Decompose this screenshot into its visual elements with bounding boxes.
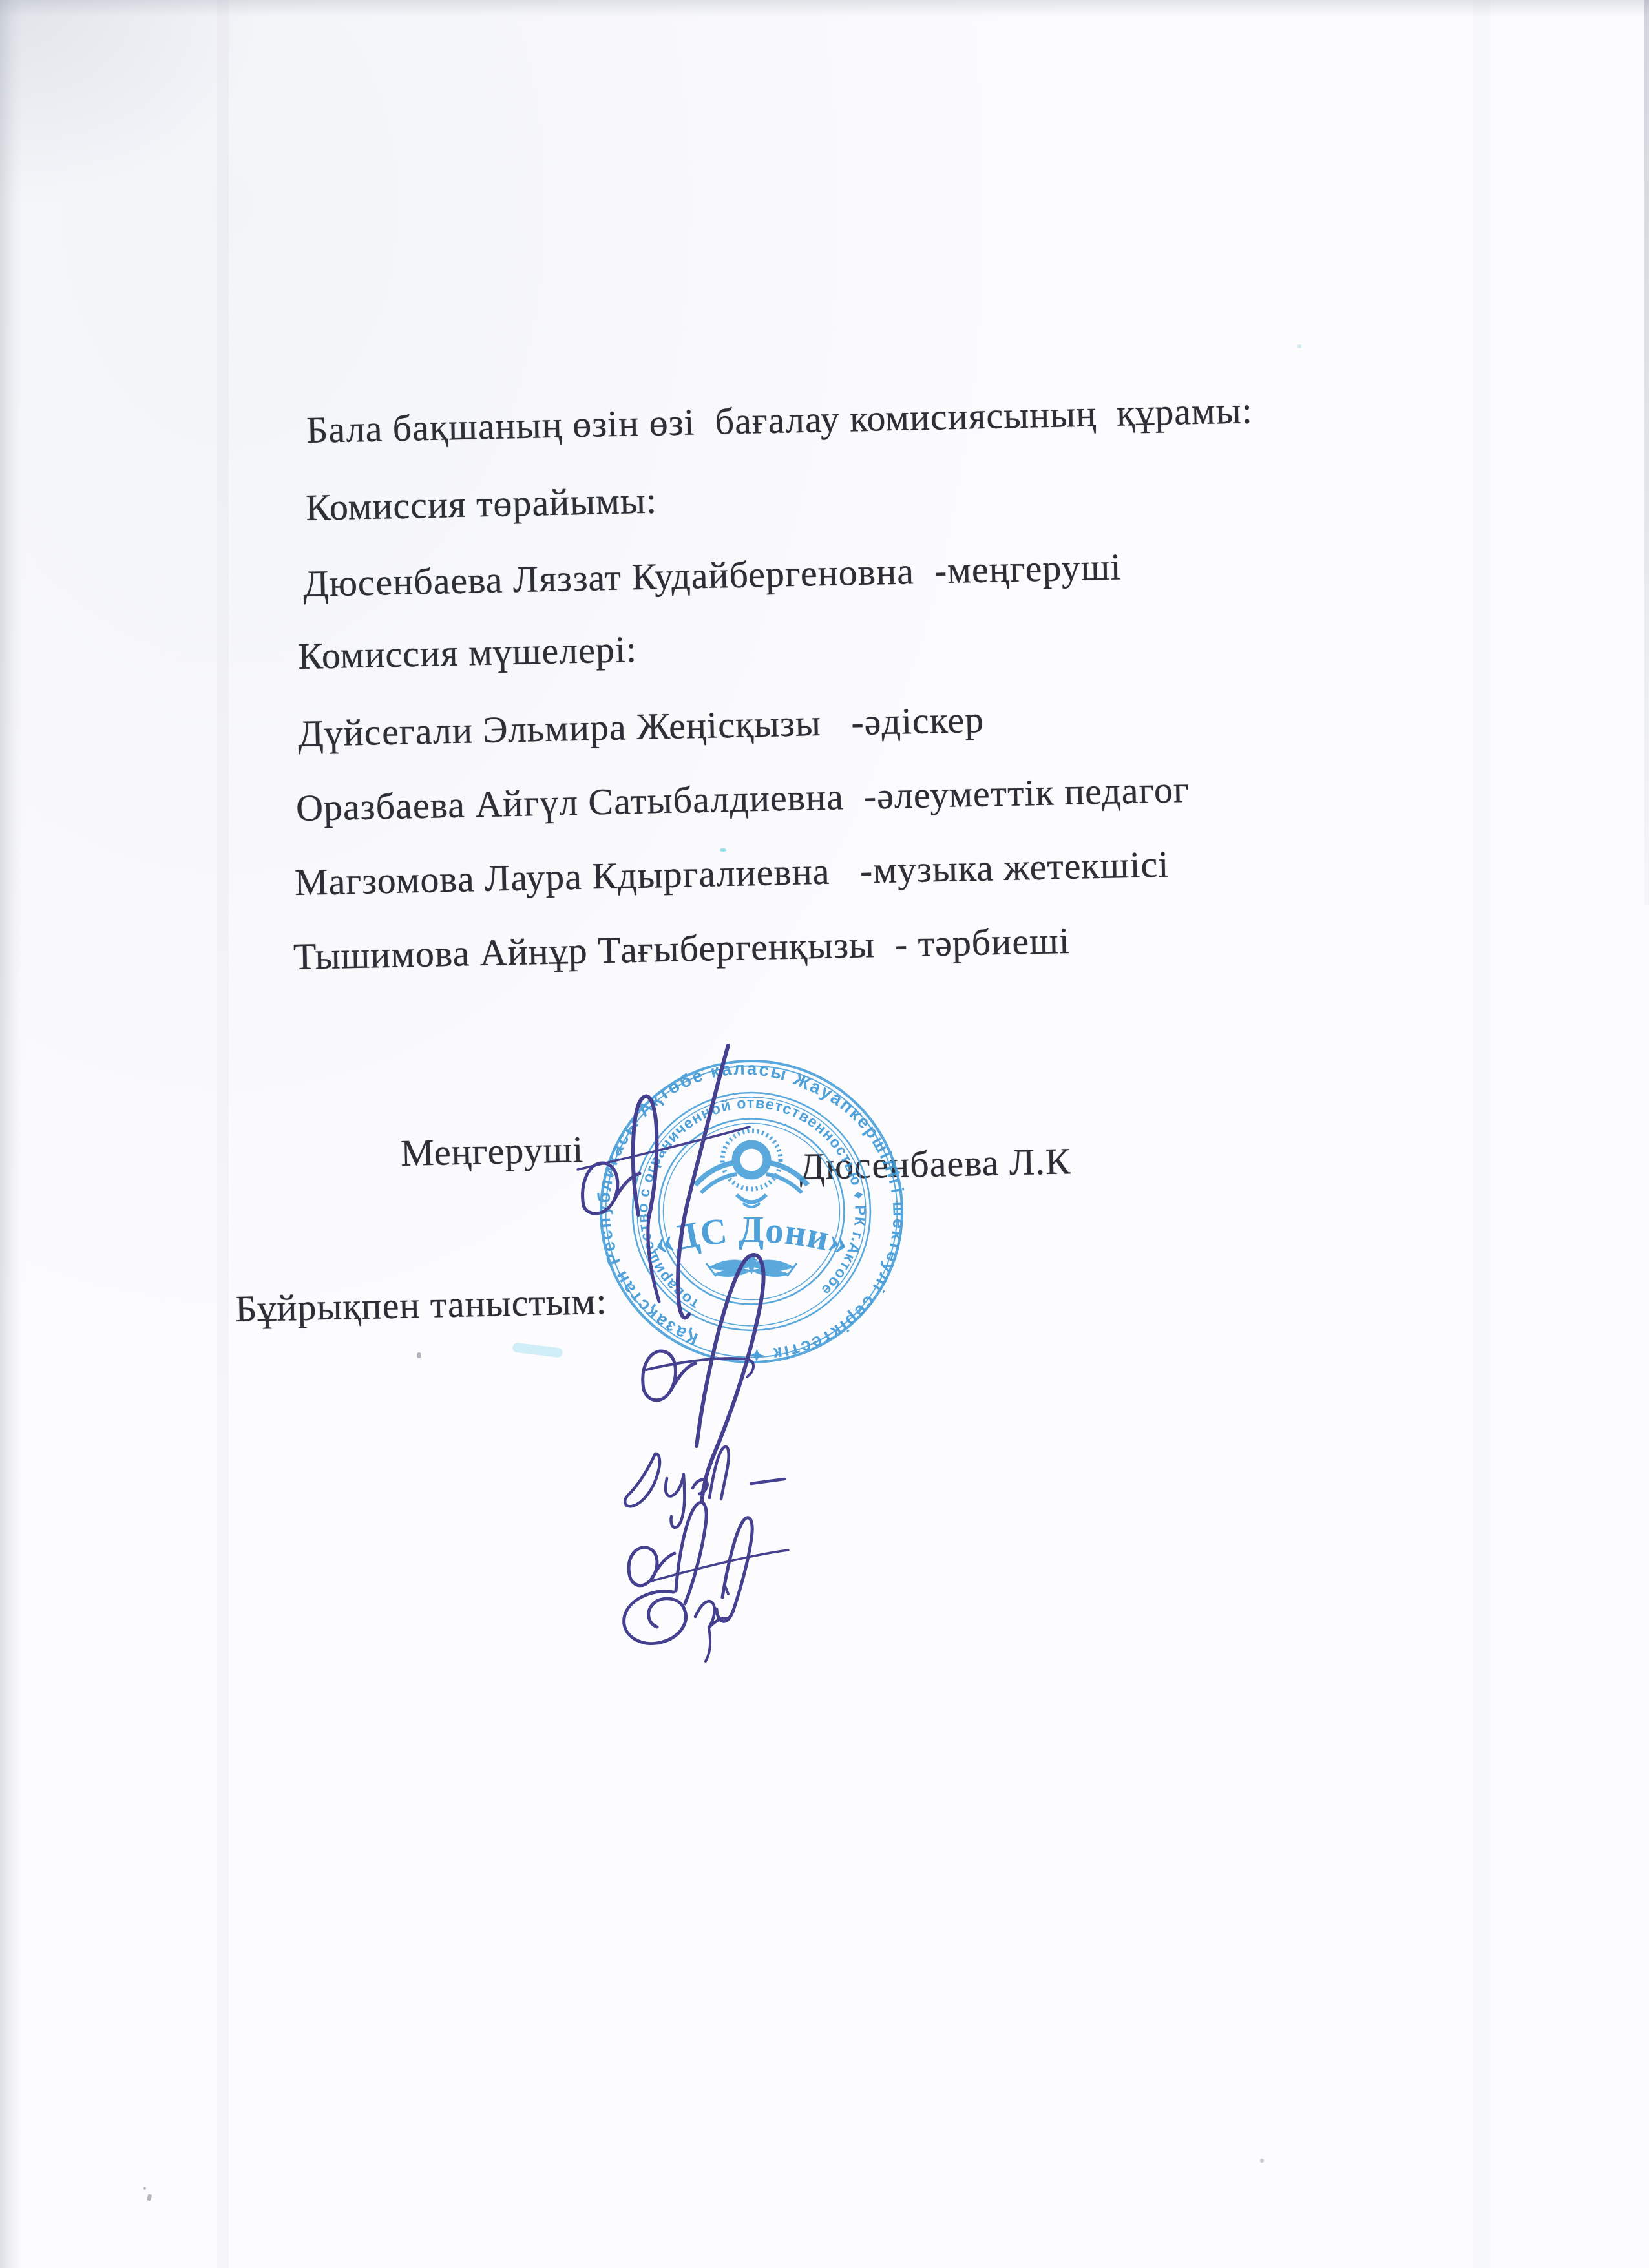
official-stamp: Қазақстан Республикасы Ақтөбе қаласы Жау… <box>593 1058 910 1365</box>
sun-disc-icon <box>736 1144 767 1175</box>
sun-rays-icon <box>722 1131 781 1189</box>
signature-stroke <box>717 1518 752 1621</box>
stamp-and-signatures-layer: Қазақстан Республикасы Ақтөбе қаласы Жау… <box>0 0 1649 2268</box>
acknowledgment-signature-4 <box>624 1584 728 1661</box>
crescent-icon <box>737 1195 766 1202</box>
signature-stroke <box>629 1548 675 1586</box>
signature-stroke <box>751 1479 784 1484</box>
emblem-icon <box>695 1131 808 1207</box>
laurel-ornament-icon <box>706 1255 797 1276</box>
signature-stroke <box>625 1454 660 1506</box>
scanned-document-page: Бала бақшаның өзін өзі бағалау комисиясы… <box>0 0 1649 2268</box>
signature-stroke <box>643 1351 695 1400</box>
signature-stroke <box>706 1628 710 1661</box>
signature-stroke <box>676 1502 706 1604</box>
signature-stroke <box>666 1475 684 1528</box>
signature-stroke <box>724 1584 728 1594</box>
signature-stroke <box>695 1601 728 1628</box>
signature-stroke <box>624 1591 686 1644</box>
